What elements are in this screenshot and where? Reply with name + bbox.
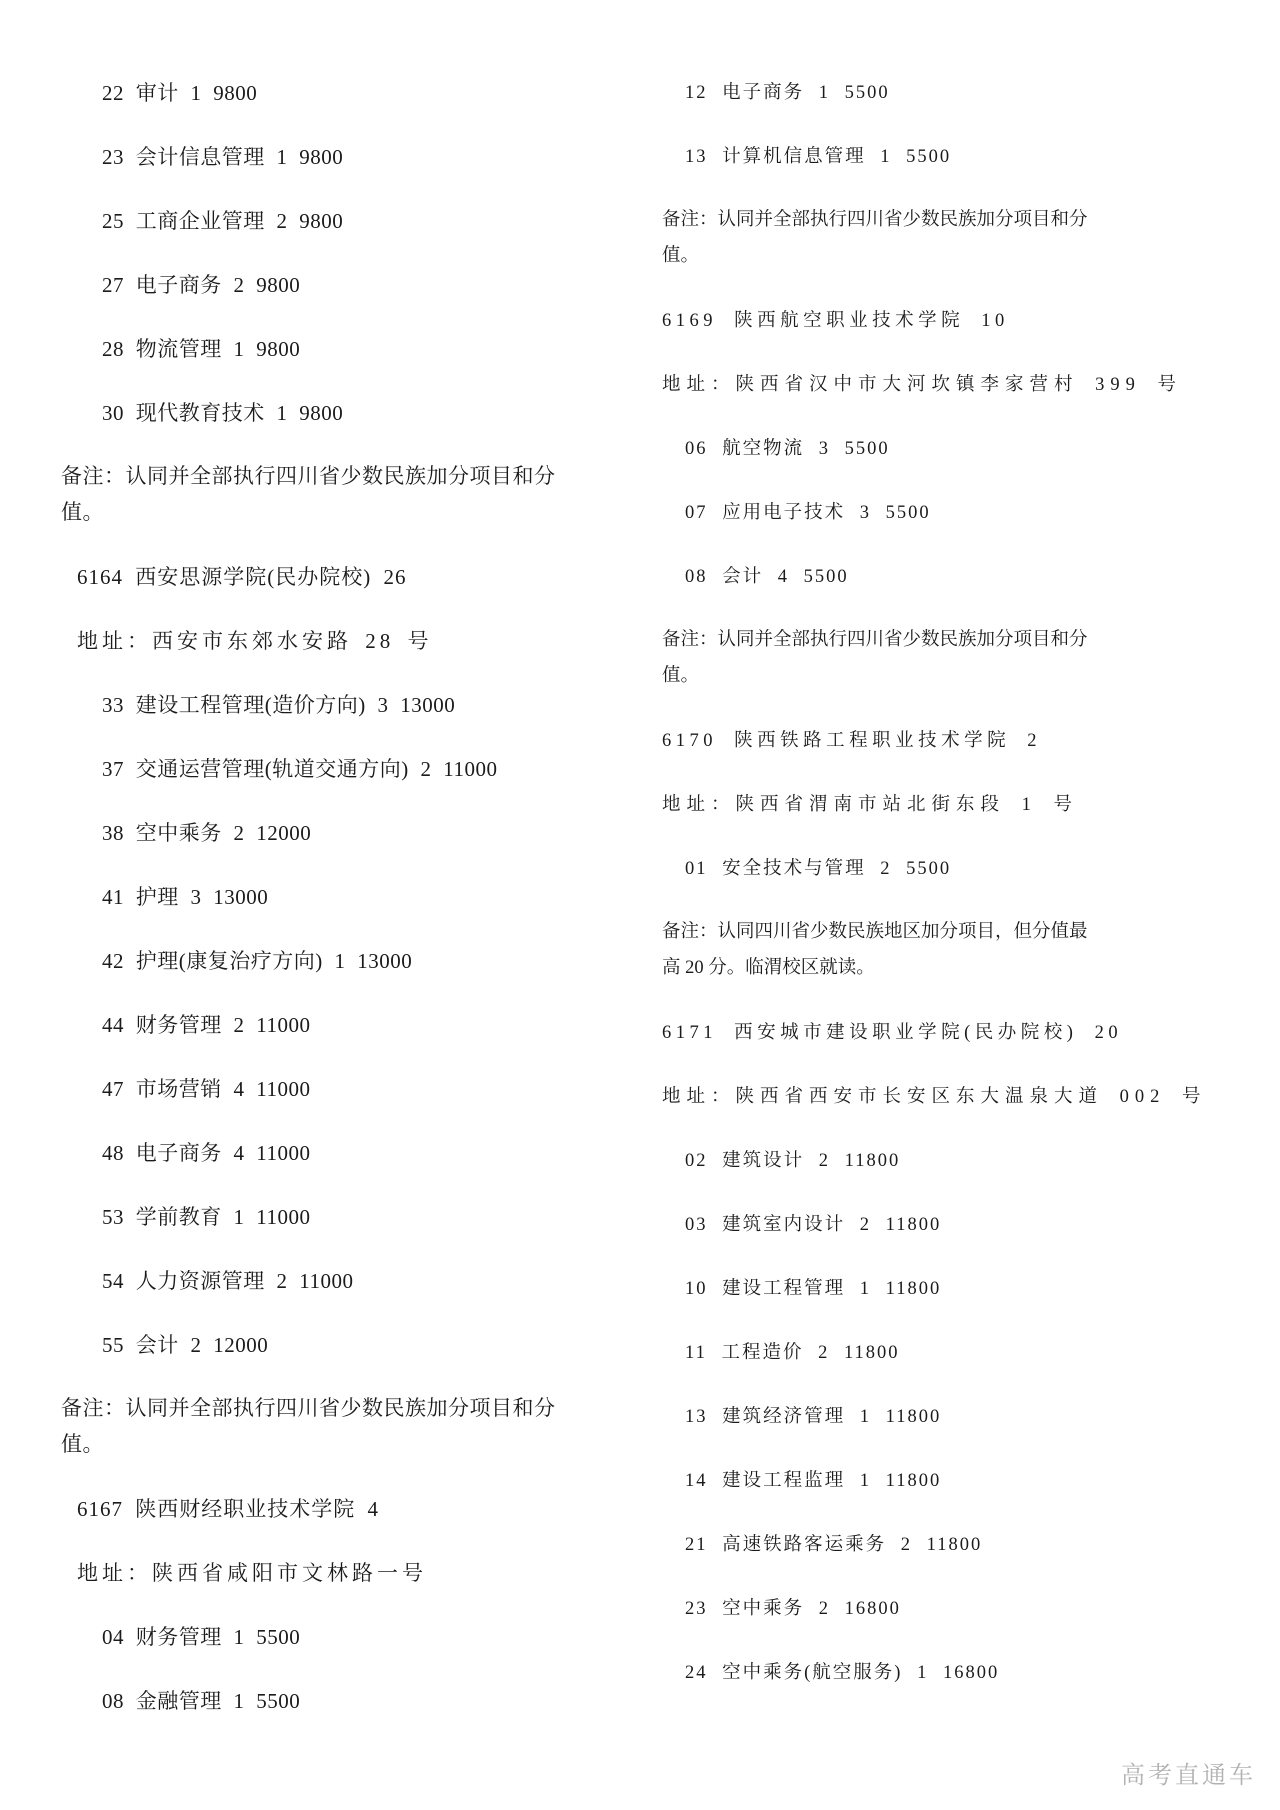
note-paragraph: 备注：认同并全部执行四川省少数民族加分项目和分值。 bbox=[61, 458, 561, 530]
text-line: 13 建筑经济管理 1 11800 bbox=[685, 1398, 1202, 1436]
major-row: 03 建筑室内设计 2 11800 bbox=[685, 1206, 1202, 1244]
text-line: 备注：认同四川省少数民族地区加分项目，但分值最 bbox=[662, 914, 1202, 950]
note-paragraph: 备注：认同并全部执行四川省少数民族加分项目和分值。 bbox=[662, 622, 1202, 694]
college-heading: 6164 西安思源学院(民办院校) 26 bbox=[77, 558, 561, 596]
text-line: 12 电子商务 1 5500 bbox=[685, 74, 1202, 112]
text-line: 地址：西安市东郊水安路 28 号 bbox=[77, 622, 561, 660]
major-row: 07 应用电子技术 3 5500 bbox=[685, 494, 1202, 532]
major-row: 37 交通运营管理(轨道交通方向) 2 11000 bbox=[102, 750, 561, 788]
note-paragraph: 备注：认同并全部执行四川省少数民族加分项目和分值。 bbox=[662, 202, 1202, 274]
text-line: 08 会计 4 5500 bbox=[685, 558, 1202, 596]
text-line: 27 电子商务 2 9800 bbox=[102, 266, 561, 304]
text-line: 03 建筑室内设计 2 11800 bbox=[685, 1206, 1202, 1244]
major-row: 42 护理(康复治疗方向) 1 13000 bbox=[102, 942, 561, 980]
address-line: 地址：陕西省汉中市大河坎镇李家营村 399 号 bbox=[662, 366, 1202, 404]
text-line: 11 工程造价 2 11800 bbox=[685, 1334, 1202, 1372]
text-line: 备注：认同并全部执行四川省少数民族加分项目和分 bbox=[61, 1390, 561, 1426]
text-line: 06 航空物流 3 5500 bbox=[685, 430, 1202, 468]
major-row: 21 高速铁路客运乘务 2 11800 bbox=[685, 1526, 1202, 1564]
text-line: 04 财务管理 1 5500 bbox=[102, 1618, 561, 1656]
address-line: 地址：陕西省咸阳市文林路一号 bbox=[77, 1554, 561, 1592]
text-line: 高 20 分。临渭校区就读。 bbox=[662, 950, 1202, 986]
text-line: 6167 陕西财经职业技术学院 4 bbox=[77, 1490, 561, 1528]
text-line: 25 工商企业管理 2 9800 bbox=[102, 202, 561, 240]
text-line: 28 物流管理 1 9800 bbox=[102, 330, 561, 368]
address-line: 地址：西安市东郊水安路 28 号 bbox=[77, 622, 561, 660]
major-row: 38 空中乘务 2 12000 bbox=[102, 814, 561, 852]
major-row: 30 现代教育技术 1 9800 bbox=[102, 394, 561, 432]
text-line: 37 交通运营管理(轨道交通方向) 2 11000 bbox=[102, 750, 561, 788]
text-line: 44 财务管理 2 11000 bbox=[102, 1006, 561, 1044]
major-row: 44 财务管理 2 11000 bbox=[102, 1006, 561, 1044]
major-row: 11 工程造价 2 11800 bbox=[685, 1334, 1202, 1372]
major-row: 08 金融管理 1 5500 bbox=[102, 1682, 561, 1720]
major-row: 02 建筑设计 2 11800 bbox=[685, 1142, 1202, 1180]
major-row: 08 会计 4 5500 bbox=[685, 558, 1202, 596]
text-line: 13 计算机信息管理 1 5500 bbox=[685, 138, 1202, 176]
major-row: 22 审计 1 9800 bbox=[102, 74, 561, 112]
major-row: 01 安全技术与管理 2 5500 bbox=[685, 850, 1202, 888]
text-line: 地址：陕西省咸阳市文林路一号 bbox=[77, 1554, 561, 1592]
address-line: 地址：陕西省渭南市站北街东段 1 号 bbox=[662, 786, 1202, 824]
major-row: 33 建设工程管理(造价方向) 3 13000 bbox=[102, 686, 561, 724]
column-right: 12 电子商务 1 550013 计算机信息管理 1 5500备注：认同并全部执… bbox=[662, 74, 1202, 1718]
text-line: 24 空中乘务(航空服务) 1 16800 bbox=[685, 1654, 1202, 1692]
text-line: 42 护理(康复治疗方向) 1 13000 bbox=[102, 942, 561, 980]
major-row: 24 空中乘务(航空服务) 1 16800 bbox=[685, 1654, 1202, 1692]
text-line: 41 护理 3 13000 bbox=[102, 878, 561, 916]
college-heading: 6170 陕西铁路工程职业技术学院 2 bbox=[662, 722, 1202, 760]
text-line: 07 应用电子技术 3 5500 bbox=[685, 494, 1202, 532]
text-line: 54 人力资源管理 2 11000 bbox=[102, 1262, 561, 1300]
text-line: 53 学前教育 1 11000 bbox=[102, 1198, 561, 1236]
college-heading: 6167 陕西财经职业技术学院 4 bbox=[77, 1490, 561, 1528]
college-heading: 6171 西安城市建设职业学院(民办院校) 20 bbox=[662, 1014, 1202, 1052]
major-row: 06 航空物流 3 5500 bbox=[685, 430, 1202, 468]
text-line: 48 电子商务 4 11000 bbox=[102, 1134, 561, 1172]
college-heading: 6169 陕西航空职业技术学院 10 bbox=[662, 302, 1202, 340]
text-line: 地址：陕西省西安市长安区东大温泉大道 002 号 bbox=[662, 1078, 1202, 1116]
text-line: 值。 bbox=[61, 494, 561, 530]
text-line: 10 建设工程管理 1 11800 bbox=[685, 1270, 1202, 1308]
text-line: 30 现代教育技术 1 9800 bbox=[102, 394, 561, 432]
document-page: 22 审计 1 980023 会计信息管理 1 980025 工商企业管理 2 … bbox=[0, 0, 1280, 1810]
major-row: 54 人力资源管理 2 11000 bbox=[102, 1262, 561, 1300]
watermark-text: 高考直通车 bbox=[1121, 1755, 1256, 1790]
text-line: 地址：陕西省渭南市站北街东段 1 号 bbox=[662, 786, 1202, 824]
major-row: 25 工商企业管理 2 9800 bbox=[102, 202, 561, 240]
major-row: 48 电子商务 4 11000 bbox=[102, 1134, 561, 1172]
text-line: 23 空中乘务 2 16800 bbox=[685, 1590, 1202, 1628]
major-row: 14 建设工程监理 1 11800 bbox=[685, 1462, 1202, 1500]
text-line: 38 空中乘务 2 12000 bbox=[102, 814, 561, 852]
major-row: 12 电子商务 1 5500 bbox=[685, 74, 1202, 112]
text-line: 21 高速铁路客运乘务 2 11800 bbox=[685, 1526, 1202, 1564]
text-line: 47 市场营销 4 11000 bbox=[102, 1070, 561, 1108]
text-line: 备注：认同并全部执行四川省少数民族加分项目和分 bbox=[662, 202, 1202, 238]
text-line: 6171 西安城市建设职业学院(民办院校) 20 bbox=[662, 1014, 1202, 1052]
note-paragraph: 备注：认同四川省少数民族地区加分项目，但分值最高 20 分。临渭校区就读。 bbox=[662, 914, 1202, 986]
text-line: 55 会计 2 12000 bbox=[102, 1326, 561, 1364]
text-line: 值。 bbox=[662, 658, 1202, 694]
text-line: 值。 bbox=[61, 1426, 561, 1462]
address-line: 地址：陕西省西安市长安区东大温泉大道 002 号 bbox=[662, 1078, 1202, 1116]
major-row: 13 建筑经济管理 1 11800 bbox=[685, 1398, 1202, 1436]
major-row: 53 学前教育 1 11000 bbox=[102, 1198, 561, 1236]
text-line: 02 建筑设计 2 11800 bbox=[685, 1142, 1202, 1180]
text-line: 值。 bbox=[662, 238, 1202, 274]
major-row: 23 会计信息管理 1 9800 bbox=[102, 138, 561, 176]
text-line: 08 金融管理 1 5500 bbox=[102, 1682, 561, 1720]
text-line: 6170 陕西铁路工程职业技术学院 2 bbox=[662, 722, 1202, 760]
text-line: 6164 西安思源学院(民办院校) 26 bbox=[77, 558, 561, 596]
text-line: 33 建设工程管理(造价方向) 3 13000 bbox=[102, 686, 561, 724]
major-row: 41 护理 3 13000 bbox=[102, 878, 561, 916]
major-row: 04 财务管理 1 5500 bbox=[102, 1618, 561, 1656]
major-row: 27 电子商务 2 9800 bbox=[102, 266, 561, 304]
text-line: 备注：认同并全部执行四川省少数民族加分项目和分 bbox=[61, 458, 561, 494]
major-row: 28 物流管理 1 9800 bbox=[102, 330, 561, 368]
text-line: 22 审计 1 9800 bbox=[102, 74, 561, 112]
major-row: 10 建设工程管理 1 11800 bbox=[685, 1270, 1202, 1308]
note-paragraph: 备注：认同并全部执行四川省少数民族加分项目和分值。 bbox=[61, 1390, 561, 1462]
text-line: 23 会计信息管理 1 9800 bbox=[102, 138, 561, 176]
major-row: 13 计算机信息管理 1 5500 bbox=[685, 138, 1202, 176]
major-row: 55 会计 2 12000 bbox=[102, 1326, 561, 1364]
text-line: 地址：陕西省汉中市大河坎镇李家营村 399 号 bbox=[662, 366, 1202, 404]
text-line: 备注：认同并全部执行四川省少数民族加分项目和分 bbox=[662, 622, 1202, 658]
text-line: 01 安全技术与管理 2 5500 bbox=[685, 850, 1202, 888]
column-left: 22 审计 1 980023 会计信息管理 1 980025 工商企业管理 2 … bbox=[61, 74, 561, 1746]
major-row: 23 空中乘务 2 16800 bbox=[685, 1590, 1202, 1628]
text-line: 6169 陕西航空职业技术学院 10 bbox=[662, 302, 1202, 340]
major-row: 47 市场营销 4 11000 bbox=[102, 1070, 561, 1108]
text-line: 14 建设工程监理 1 11800 bbox=[685, 1462, 1202, 1500]
